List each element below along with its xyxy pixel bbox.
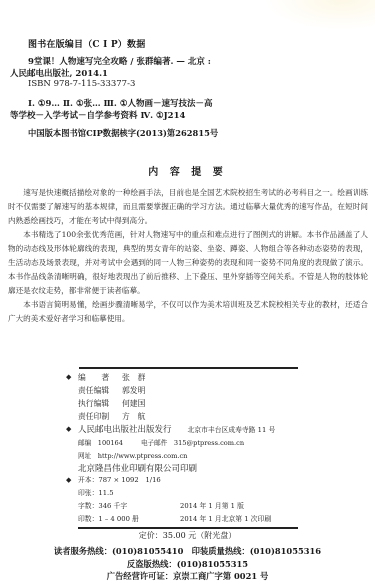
- specs-block: ◆开本：787 × 1092 1/16 印张：11.5 字数：346 千字201…: [78, 474, 271, 526]
- format-spec: 开本：787 × 1092 1/16: [78, 476, 161, 484]
- print-manager-name: 方 航: [122, 412, 145, 421]
- page-tint: [265, 0, 375, 30]
- price: 定价：35.00 元（附光盘）: [0, 530, 375, 541]
- cip-class-line2: 等学校－入学考试－自学参考资料 Ⅳ. ①J214: [10, 109, 185, 121]
- editor-label: 责任编辑: [78, 384, 122, 397]
- print-run: 印数：1 – 4 000 册: [78, 513, 180, 526]
- summary-paragraph: 本书精选了100余张优秀范画，针对人物速写中的重点和难点进行了图例式的讲解。本书…: [8, 228, 368, 298]
- postcode-label: 邮编: [78, 439, 91, 447]
- website-label: 网址: [78, 452, 91, 460]
- email-label: 电子邮件: [141, 439, 167, 447]
- cip-publisher-line: 人民邮电出版社, 2014.1: [10, 67, 108, 79]
- bottom-rule: [78, 527, 298, 529]
- email-link[interactable]: 315@ptpress.com.cn: [174, 439, 244, 447]
- publisher-block: ◆人民邮电出版社出版发行北京市丰台区成寿寺路 11 号 邮编 100164电子邮…: [78, 423, 275, 476]
- summary-paragraph: 本书语言简明易懂，绘画步骤清晰易学，不仅可以作为美术培训班及艺术院校相关专业的教…: [8, 298, 368, 326]
- edition-info: 2014 年 1 月第 1 版: [180, 502, 244, 510]
- website-link[interactable]: http://www.ptpress.com.cn: [98, 452, 188, 460]
- exec-editor-label: 执行编辑: [78, 397, 122, 410]
- diamond-bullet-icon: ◆: [66, 371, 71, 384]
- ad-license: 广告经营许可证：京崇工商广字第 0021 号: [0, 570, 375, 582]
- author-label: 编 著: [78, 371, 122, 384]
- exec-editor-name: 何建国: [122, 399, 145, 408]
- cip-class-line1: Ⅰ. ①9… Ⅱ. ①张… Ⅲ. ①人物画－速写技法－高: [28, 97, 212, 109]
- summary-title: 内 容 提 要: [0, 163, 375, 178]
- cip-title-line: 9堂课！人物速写完全攻略 / 张群编著. — 北京 :: [28, 55, 211, 67]
- summary-body: 速写是快速概括描绘对象的一种绘画手法，目前也是全国艺术院校招生考试的必考科目之一…: [8, 186, 368, 326]
- credits-block: ◆编 著张 群 责任编辑郭发明 执行编辑何建国 责任印制方 航: [78, 371, 145, 423]
- printer-name: 北京隆昌伟业印刷有限公司印刷: [78, 464, 197, 474]
- cip-heading: 图书在版编目（C I P）数据: [28, 37, 145, 50]
- printing-info: 2014 年 1 月北京第 1 次印刷: [180, 515, 271, 523]
- word-count: 字数：346 千字: [78, 500, 180, 513]
- summary-paragraph: 速写是快速概括描绘对象的一种绘画手法，目前也是全国艺术院校招生考试的必考科目之一…: [8, 186, 368, 228]
- author-name: 张 群: [122, 373, 145, 382]
- print-manager-label: 责任印制: [78, 410, 122, 423]
- diamond-bullet-icon: ◆: [66, 474, 71, 487]
- top-rule: [79, 367, 298, 369]
- publisher-name: 人民邮电出版社出版发行: [78, 425, 172, 435]
- antipiracy-hotline: 反盗版热线：(010)81055315: [0, 558, 375, 570]
- postcode: 100164: [98, 439, 123, 447]
- editor-name: 郭发明: [122, 386, 145, 395]
- publisher-address: 北京市丰台区成寿寺路 11 号: [188, 426, 276, 434]
- cip-record-number: 中国版本图书馆CIP数据核字(2013)第262815号: [28, 127, 218, 139]
- cip-isbn: ISBN 978-7-115-33377-3: [28, 79, 135, 89]
- diamond-bullet-icon: ◆: [66, 423, 71, 436]
- sheets-spec: 印张：11.5: [78, 489, 114, 497]
- reader-hotline: 读者服务热线：(010)81055410 印装质量热线：(010)8105531…: [0, 545, 375, 557]
